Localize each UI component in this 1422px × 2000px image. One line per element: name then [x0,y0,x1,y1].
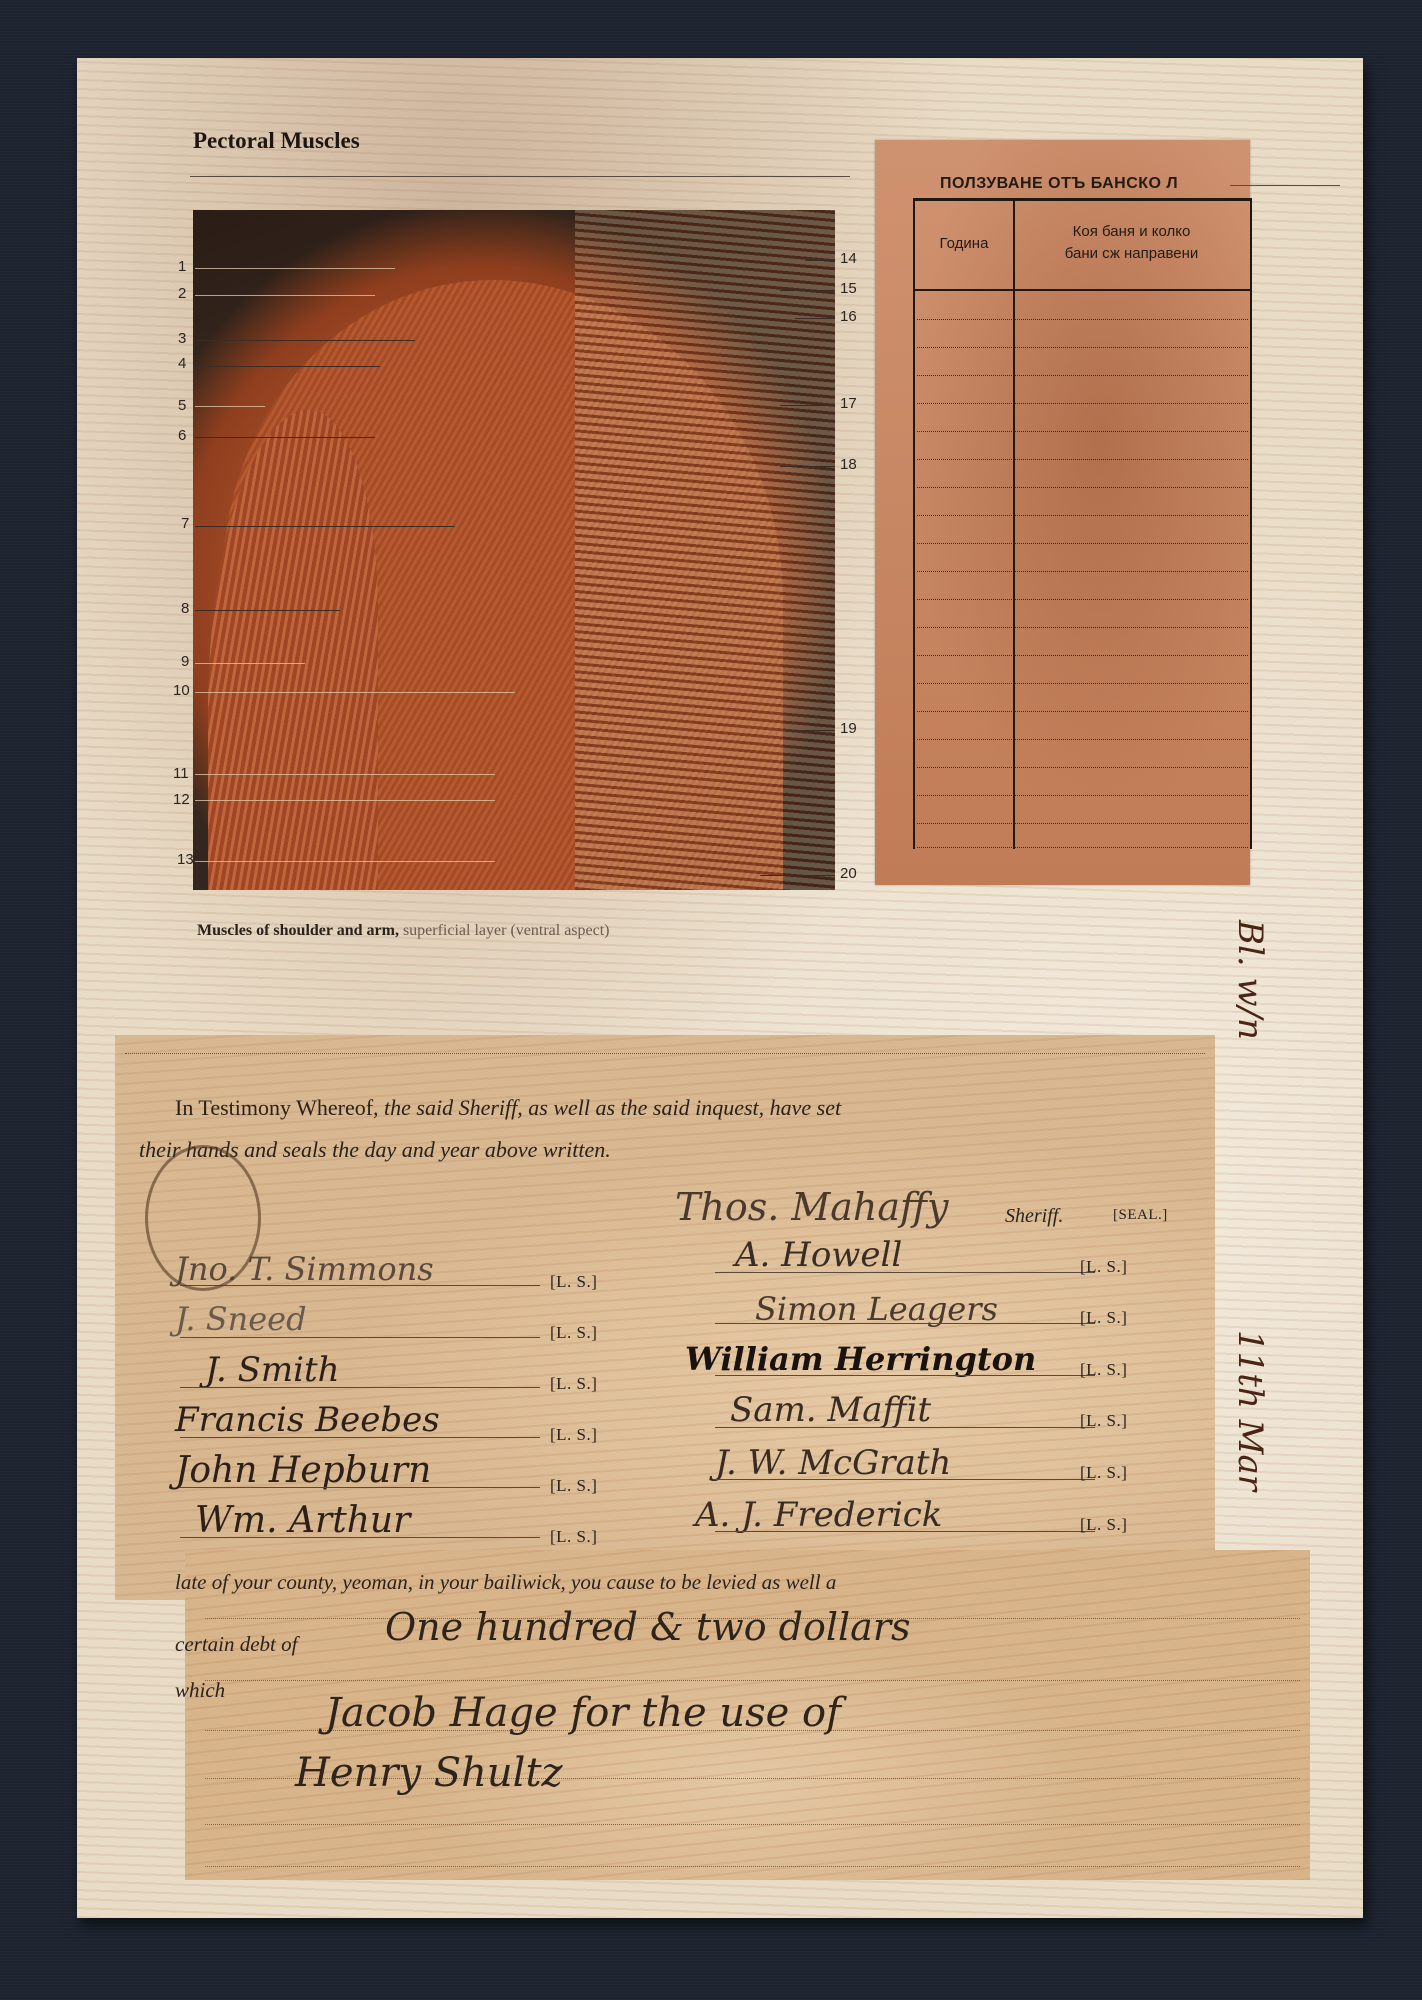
signature-right-5: J. W. McGrath [715,1443,951,1483]
signature-line [715,1375,1095,1376]
ls-mark-left-2: [L. S.] [550,1323,597,1343]
header-rule [915,289,1250,291]
header-year: Година [915,233,1013,255]
label-13: 13 [177,851,194,868]
label-12: 12 [173,791,190,808]
ls-mark-right-2: [L. S.] [1080,1308,1127,1328]
row-rule [917,403,1248,404]
label-19: 19 [840,720,857,737]
row-rule [917,599,1248,600]
anatomy-caption: Muscles of shoulder and arm, superficial… [197,922,610,940]
sheriff-signature: Thos. Mahaffy [675,1185,948,1229]
signature-right-6: A. J. Frederick [695,1495,942,1535]
leader-line [795,318,835,319]
signature-line [180,1487,540,1488]
signature-line [180,1387,540,1388]
signature-right-4: Sam. Maffit [730,1390,931,1430]
signature-left-2: J. Sneed [175,1300,307,1338]
label-11: 11 [173,765,189,782]
testimony-line-1-rest: the said Sheriff, as well as the said in… [384,1095,841,1120]
testimony-heading: In Testimony Whereof, [175,1095,379,1120]
ls-mark-left-6: [L. S.] [550,1527,597,1547]
row-rule [917,847,1248,848]
leader-line [195,437,375,438]
label-5: 5 [178,397,186,414]
arm-muscle-shape [208,410,378,890]
signature-line [715,1272,1095,1273]
leader-line [195,366,380,367]
bath-usage-card: ПОЛЗУВАНЕ ОТЪ БАНСКО Л Година Коя баня и… [875,140,1250,885]
ls-mark-right-6: [L. S.] [1080,1515,1127,1535]
row-rule [917,319,1248,320]
title-rule [190,176,850,177]
leader-line [760,875,835,876]
testimony-document: In Testimony Whereof, the said Sheriff, … [115,1035,1215,1600]
sheriff-label: Sheriff. [1005,1205,1063,1228]
row-rule [917,767,1248,768]
label-17: 17 [840,395,857,412]
leader-line [195,663,305,664]
leader-line [195,800,495,801]
row-rule [917,571,1248,572]
handwritten-line-2: Henry Shultz [295,1750,563,1796]
header-bath-count: Коя баня и колко бани сж направени [1015,221,1248,265]
signature-right-1: A. Howell [735,1235,902,1275]
row-rule [917,739,1248,740]
label-9: 9 [181,653,189,670]
row-rule [917,515,1248,516]
card-title: ПОЛЗУВАНЕ ОТЪ БАНСКО Л [940,175,1178,193]
label-1: 1 [178,258,186,275]
leader-line [195,774,495,775]
leader-line [780,405,835,406]
row-rule [917,431,1248,432]
leader-line [195,268,395,269]
scraped-texture [575,210,835,890]
leader-line [780,290,835,291]
ls-mark-right-1: [L. S.] [1080,1257,1127,1277]
row-rule [917,543,1248,544]
signature-left-5: John Hepburn [175,1450,431,1491]
leader-line [780,466,835,467]
dotted-rule [125,1053,1205,1054]
label-16: 16 [840,308,857,325]
signature-line [715,1427,1095,1428]
signature-line [180,1537,540,1538]
label-4: 4 [178,355,186,372]
header-line-2: бани сж направени [1015,243,1248,265]
signature-line [180,1285,540,1286]
row-rule [917,823,1248,824]
label-8: 8 [181,600,189,617]
row-rule [917,655,1248,656]
writ-line-1: late of your county, yeoman, in your bai… [175,1570,836,1595]
signature-left-6: Wm. Arthur [195,1500,410,1541]
leader-line [195,526,455,527]
handwritten-line-1: Jacob Hage for the use of [325,1690,841,1736]
signature-right-3: William Herrington [685,1340,1036,1378]
label-10: 10 [173,682,190,699]
row-rule [917,487,1248,488]
bath-usage-table: Година Коя баня и колко бани сж направен… [913,198,1252,849]
card-title-rule [1230,185,1340,186]
writ-document: late of your county, yeoman, in your bai… [185,1550,1310,1880]
leader-line [195,692,515,693]
margin-note-lower: 11th Mar [1230,1330,1270,1491]
label-20: 20 [840,865,857,882]
caption-faded: superficial layer (ventral aspect) [403,922,610,939]
label-6: 6 [178,427,186,444]
caption-bold: Muscles of shoulder and arm, [197,922,399,939]
row-rule [917,683,1248,684]
leader-line [195,406,265,407]
leader-line [805,260,835,261]
writ-line-3-prefix: which [175,1678,225,1703]
signature-line [180,1337,540,1338]
dotted-rule [205,1680,1300,1681]
ls-mark-right-5: [L. S.] [1080,1463,1127,1483]
ls-mark-right-3: [L. S.] [1080,1360,1127,1380]
signature-left-3: J. Smith [205,1350,340,1390]
row-rule [917,347,1248,348]
signature-line [715,1323,1095,1324]
row-rule [917,711,1248,712]
signature-left-4: Francis Beebes [175,1400,440,1440]
signature-line [715,1479,1095,1480]
ink-flourish [145,1145,261,1291]
ls-mark-left-5: [L. S.] [550,1476,597,1496]
label-15: 15 [840,280,857,297]
margin-note-upper: Bl. w/n [1230,920,1270,1040]
writ-line-2-prefix: certain debt of [175,1632,297,1657]
seal-label: [SEAL.] [1113,1207,1168,1224]
row-rule [917,627,1248,628]
ls-mark-right-4: [L. S.] [1080,1411,1127,1431]
anatomy-illustration [193,210,835,890]
leader-line [790,730,835,731]
debt-amount-handwritten: One hundred & two dollars [385,1605,911,1649]
header-line-1: Коя баня и колко [1015,221,1248,243]
anatomy-title: Pectoral Muscles [193,128,360,154]
dotted-rule [205,1866,1300,1867]
label-2: 2 [178,285,186,302]
row-rule [917,459,1248,460]
leader-line [195,861,495,862]
column-separator [1013,201,1015,849]
label-18: 18 [840,456,857,473]
row-rule [917,795,1248,796]
label-14: 14 [840,250,857,267]
ls-mark-left-4: [L. S.] [550,1425,597,1445]
label-7: 7 [181,515,189,532]
testimony-line-1: In Testimony Whereof, the said Sheriff, … [175,1095,841,1121]
signature-line [715,1531,1095,1532]
ls-mark-left-3: [L. S.] [550,1374,597,1394]
row-rule [917,375,1248,376]
label-3: 3 [178,330,186,347]
leader-line [195,610,340,611]
leader-line [195,295,375,296]
leader-line [195,340,415,341]
signature-line [180,1437,540,1438]
ls-mark-left-1: [L. S.] [550,1272,597,1292]
dotted-rule [205,1824,1300,1825]
